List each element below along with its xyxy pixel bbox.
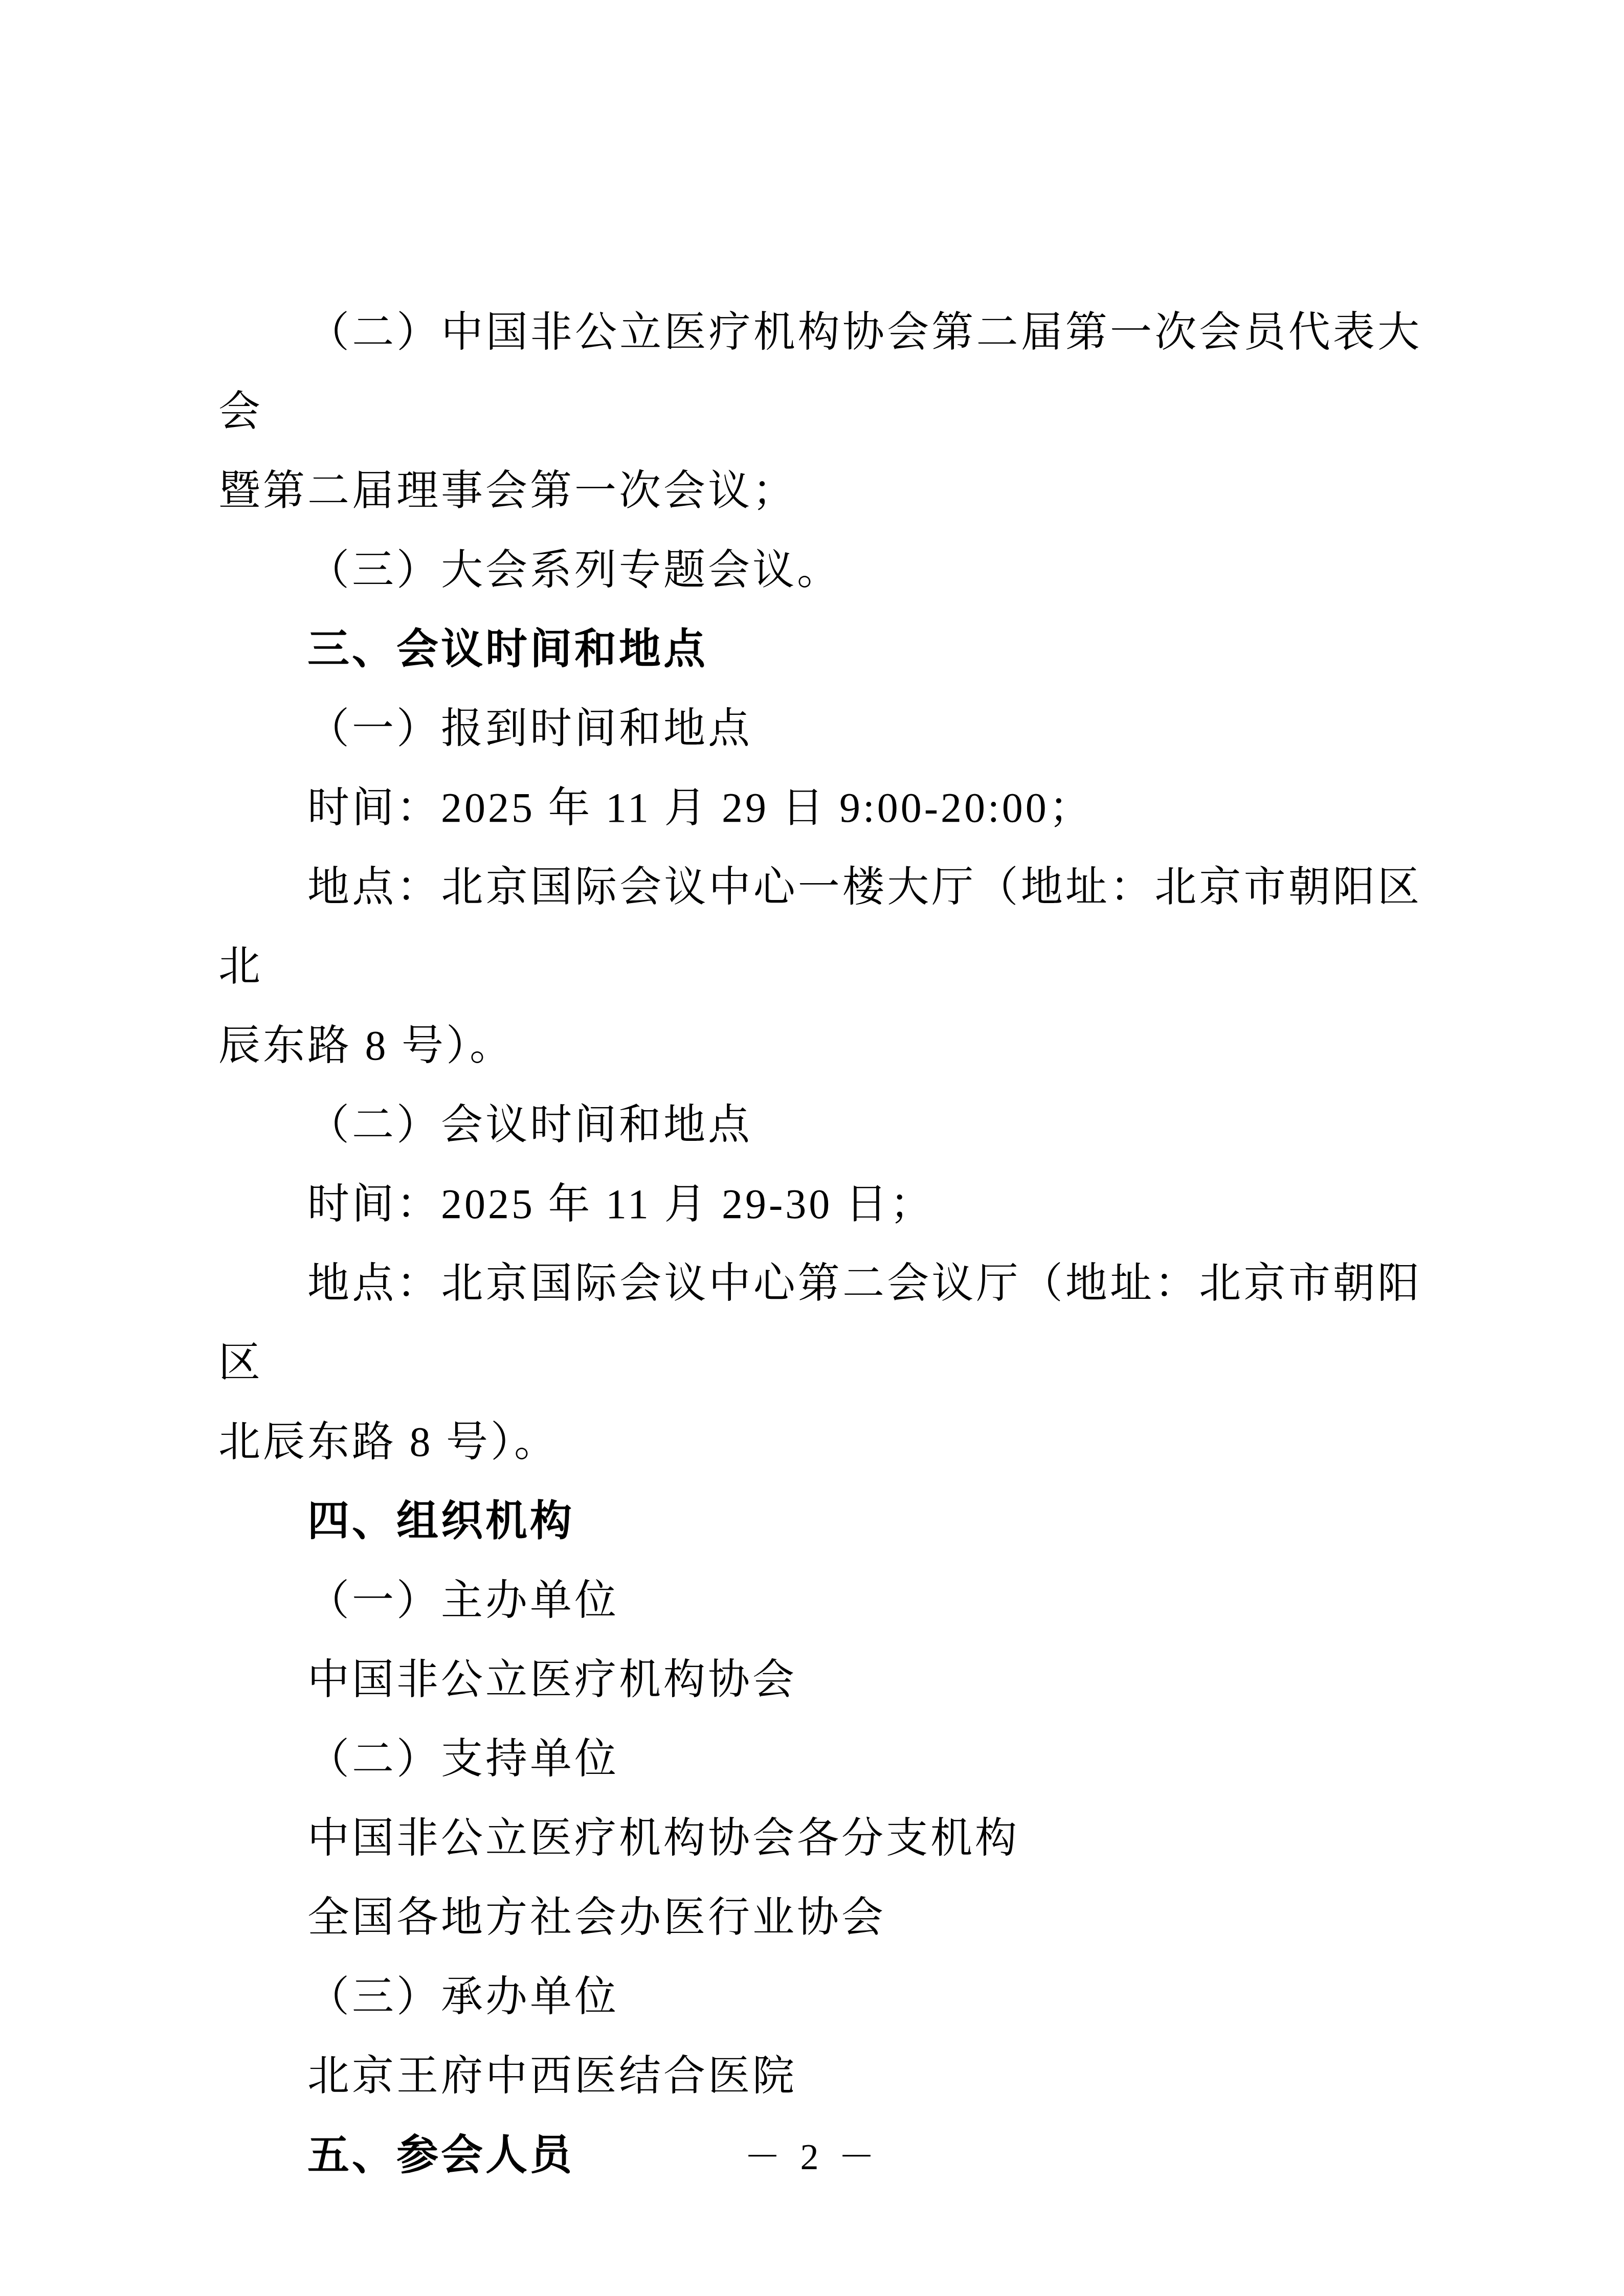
document-body: （二）中国非公立医疗机构协会第二届第一次会员代表大会 暨第二届理事会第一次会议；… xyxy=(218,292,1422,2195)
paragraph-line: （二）中国非公立医疗机构协会第二届第一次会员代表大会 xyxy=(218,292,1422,451)
sub-heading: （一）主办单位 xyxy=(218,1561,1422,1640)
paragraph-line: 北辰东路 8 号）。 xyxy=(218,1402,1422,1481)
paragraph-line: 辰东路 8 号）。 xyxy=(218,1006,1422,1085)
document-page: （二）中国非公立医疗机构协会第二届第一次会员代表大会 暨第二届理事会第一次会议；… xyxy=(0,0,1624,2296)
paragraph-line: 时间：2025 年 11 月 29 日 9:00-20:00； xyxy=(218,768,1422,847)
paragraph-line: 中国非公立医疗机构协会 xyxy=(218,1640,1422,1719)
paragraph-line: 中国非公立医疗机构协会各分支机构 xyxy=(218,1798,1422,1878)
sub-heading: （三）承办单位 xyxy=(218,1957,1422,2036)
paragraph-line: 暨第二届理事会第一次会议； xyxy=(218,451,1422,530)
paragraph-line: 全国各地方社会办医行业协会 xyxy=(218,1878,1422,1957)
sub-heading: （一）报到时间和地点 xyxy=(218,689,1422,768)
sub-heading: （二）支持单位 xyxy=(218,1719,1422,1798)
section-heading-4: 四、组织机构 xyxy=(218,1481,1422,1561)
page-number: － 2 － xyxy=(0,2131,1624,2182)
section-heading-3: 三、会议时间和地点 xyxy=(218,610,1422,689)
sub-heading: （二）会议时间和地点 xyxy=(218,1085,1422,1164)
paragraph-line: 地点：北京国际会议中心第二会议厅（地址：北京市朝阳区 xyxy=(218,1244,1422,1402)
paragraph-line: （三）大会系列专题会议。 xyxy=(218,530,1422,610)
paragraph-line: 北京王府中西医结合医院 xyxy=(218,2036,1422,2115)
paragraph-line: 地点：北京国际会议中心一楼大厅（地址：北京市朝阳区北 xyxy=(218,847,1422,1006)
paragraph-line: 时间：2025 年 11 月 29-30 日； xyxy=(218,1164,1422,1244)
